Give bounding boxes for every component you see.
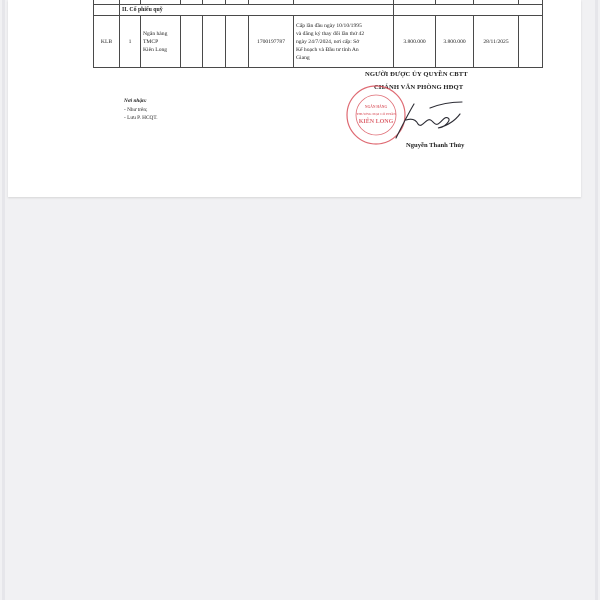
blank-cell [203, 16, 226, 68]
viewer-edge-right [595, 0, 598, 600]
quantity-after: 3.800.000 [436, 16, 474, 68]
table-row: KLB 1 Ngân hàng TMCP Kiên Long 170019778… [94, 16, 543, 68]
quantity-before: 3.800.000 [394, 16, 436, 68]
recipients-list: Nơi nhận: - Như trên; - Lưu P. HCQT. [124, 97, 158, 123]
stock-code: KLB [94, 16, 120, 68]
signer-name: Nguyễn Thanh Thủy [406, 142, 464, 149]
blank-cell [181, 16, 203, 68]
section-row: II. Cổ phiếu quỹ [94, 5, 543, 16]
seal-line-1: NGÂN HÀNG [365, 104, 387, 109]
section-label: II. Cổ phiếu quỹ [120, 5, 394, 16]
registration-number: 1700197787 [249, 16, 294, 68]
viewer-edge-left [2, 0, 5, 600]
notes-cell [519, 16, 543, 68]
row-index: 1 [120, 16, 141, 68]
registration-details: Cấp lần đầu ngày 10/10/1995 và đăng ký t… [294, 16, 394, 68]
blank-cell [226, 16, 249, 68]
treasury-stock-table: II. Cổ phiếu quỹ KLB 1 Ngân hàng TMCP Ki… [93, 0, 543, 68]
recipients-heading: Nơi nhận: [124, 97, 158, 106]
handwritten-signature-icon [388, 100, 468, 140]
recipient-item: - Lưu P. HCQT. [124, 114, 158, 123]
organization-name: Ngân hàng TMCP Kiên Long [141, 16, 181, 68]
signature-title-1: NGƯỜI ĐƯỢC ỦY QUYỀN CBTT [365, 71, 468, 78]
transaction-date: 28/11/2025 [474, 16, 519, 68]
document-page: II. Cổ phiếu quỹ KLB 1 Ngân hàng TMCP Ki… [8, 0, 581, 197]
recipient-item: - Như trên; [124, 106, 158, 115]
